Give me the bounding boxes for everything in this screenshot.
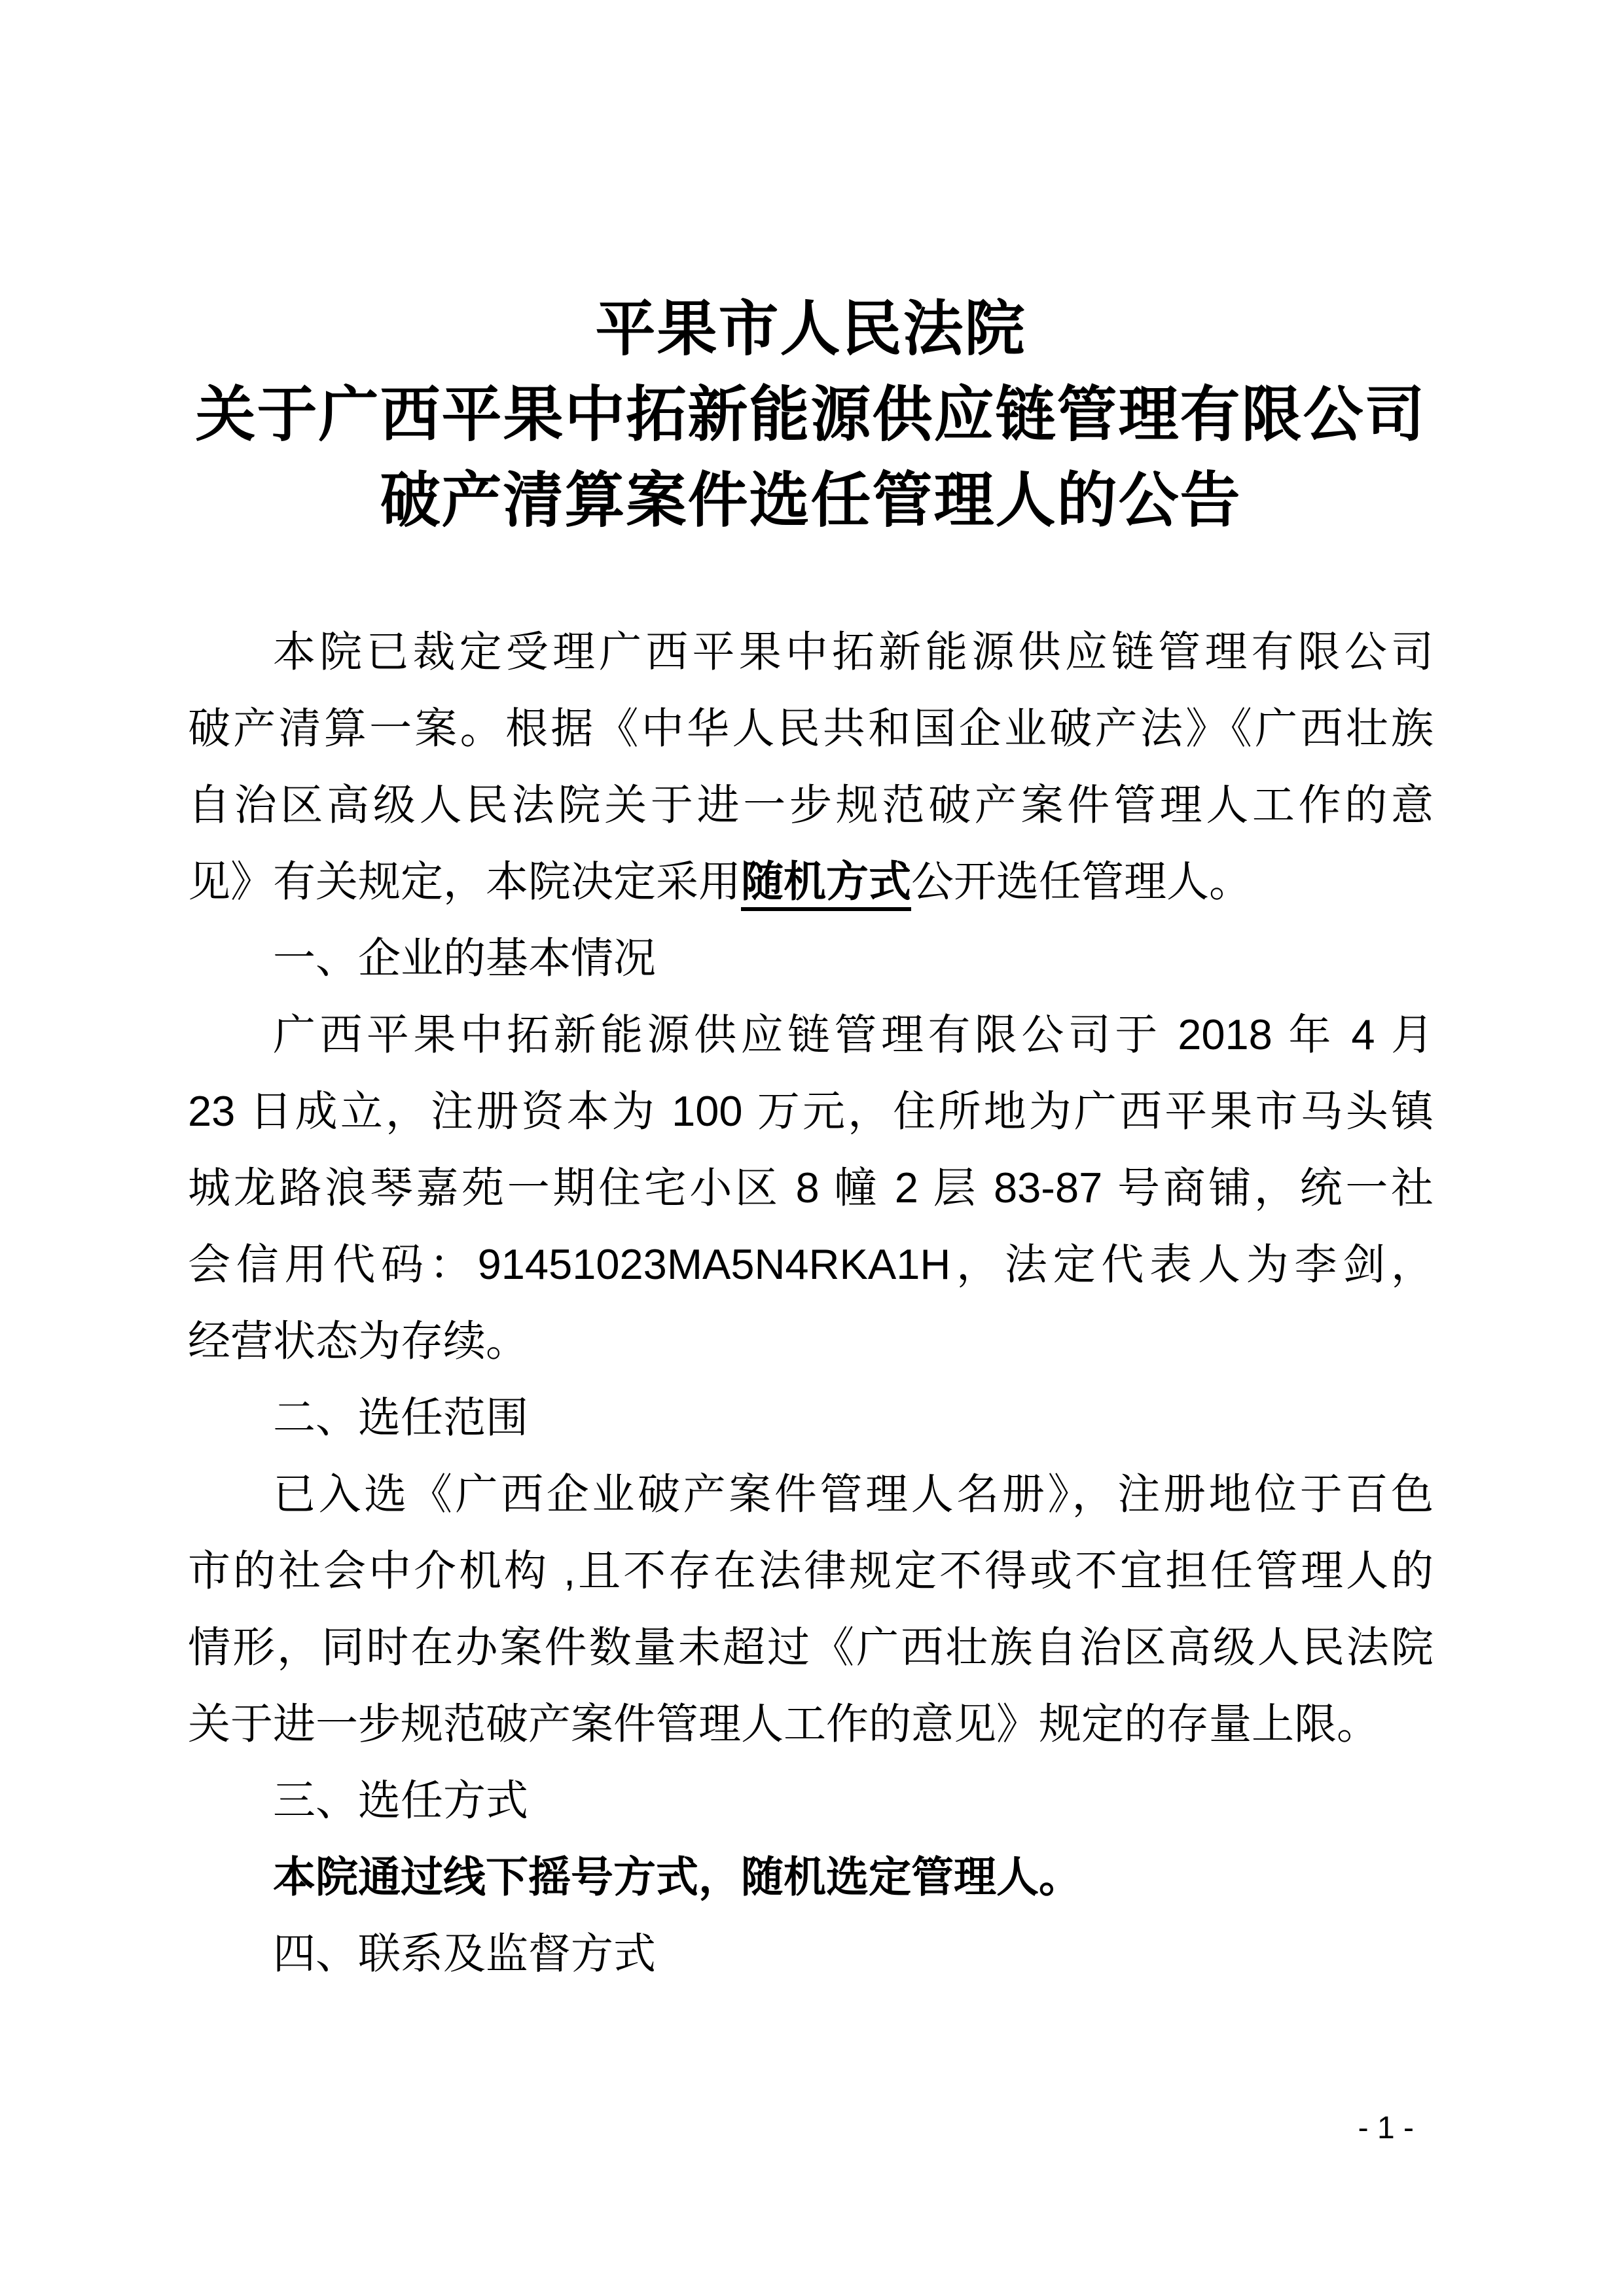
body-text: 破产清算一案。根据《中华人民共和国企业破产法》《广西壮族 xyxy=(188,704,1434,752)
body-text: 经营状态为存续。 xyxy=(188,1317,528,1365)
body-text: 自治区高级人民法院关于进一步规范破产案件管理人工作的意 xyxy=(188,781,1434,829)
title-line-announcement: 破产清算案件选任管理人的公告 xyxy=(188,458,1434,544)
body-line: 城龙路浪琴嘉苑一期住宅小区 8 幢 2 层 83-87 号商铺，统一社 xyxy=(188,1149,1434,1226)
body-text: 二、选任范围 xyxy=(273,1393,528,1441)
body-text: 23 日成立，注册资本为 100 万元，住所地为广西平果市马头镇 xyxy=(188,1087,1434,1135)
body-text: 城龙路浪琴嘉苑一期住宅小区 8 幢 2 层 83-87 号商铺，统一社 xyxy=(188,1164,1434,1211)
body-text: 见》有关规定，本院决定采用 xyxy=(188,857,741,905)
body-text: 已入选《广西企业破产案件管理人名册》，注册地位于百色 xyxy=(273,1470,1434,1518)
body-line: 破产清算一案。根据《中华人民共和国企业破产法》《广西壮族 xyxy=(188,690,1434,766)
body-text: 广西平果中拓新能源供应链管理有限公司于 2018 年 4 月 xyxy=(273,1011,1434,1058)
body-line: 会信用代码：91451023MA5N4RKA1H，法定代表人为李剑， xyxy=(188,1226,1434,1302)
body-text: 公开选任管理人。 xyxy=(911,857,1252,905)
body-line: 本院已裁定受理广西平果中拓新能源供应链管理有限公司 xyxy=(188,613,1434,690)
body-text: 一、企业的基本情况 xyxy=(273,934,656,982)
body-line: 广西平果中拓新能源供应链管理有限公司于 2018 年 4 月 xyxy=(188,996,1434,1073)
body-line: 二、选任范围 xyxy=(188,1379,1434,1456)
body-line: 经营状态为存续。 xyxy=(188,1302,1434,1379)
body-line: 23 日成立，注册资本为 100 万元，住所地为广西平果市马头镇 xyxy=(188,1073,1434,1149)
body-line: 四、联系及监督方式 xyxy=(188,1915,1434,1992)
body-line: 本院通过线下摇号方式，随机选定管理人。 xyxy=(188,1839,1434,1915)
body-text: 关于进一步规范破产案件管理人工作的意见》规定的存量上限。 xyxy=(188,1700,1379,1748)
document-title: 平果市人民法院 关于广西平果中拓新能源供应链管理有限公司 破产清算案件选任管理人… xyxy=(188,0,1434,544)
title-line-court: 平果市人民法院 xyxy=(188,287,1434,372)
body-line: 情形，同时在办案件数量未超过《广西壮族自治区高级人民法院 xyxy=(188,1609,1434,1685)
body-line: 自治区高级人民法院关于进一步规范破产案件管理人工作的意 xyxy=(188,766,1434,843)
document-page: 平果市人民法院 关于广西平果中拓新能源供应链管理有限公司 破产清算案件选任管理人… xyxy=(0,0,1624,2296)
body-lines: 本院已裁定受理广西平果中拓新能源供应链管理有限公司破产清算一案。根据《中华人民共… xyxy=(188,613,1434,1992)
emphasized-text: 本院通过线下摇号方式，随机选定管理人。 xyxy=(273,1853,1081,1901)
body-line: 一、企业的基本情况 xyxy=(188,920,1434,996)
body-text: 三、选任方式 xyxy=(273,1776,528,1824)
body-text: 会信用代码：91451023MA5N4RKA1H，法定代表人为李剑， xyxy=(188,1240,1434,1288)
emphasized-text: 随机方式 xyxy=(741,857,911,911)
title-line-company: 关于广西平果中拓新能源供应链管理有限公司 xyxy=(188,372,1434,458)
body-line: 见》有关规定，本院决定采用随机方式公开选任管理人。 xyxy=(188,843,1434,920)
body-line: 已入选《广西企业破产案件管理人名册》，注册地位于百色 xyxy=(188,1456,1434,1532)
body-text: 本院已裁定受理广西平果中拓新能源供应链管理有限公司 xyxy=(273,628,1434,675)
body-text: 市的社会中介机构 ,且不存在法律规定不得或不宜担任管理人的 xyxy=(188,1547,1434,1594)
body-text: 情形，同时在办案件数量未超过《广西壮族自治区高级人民法院 xyxy=(188,1623,1434,1671)
body-line: 市的社会中介机构 ,且不存在法律规定不得或不宜担任管理人的 xyxy=(188,1532,1434,1609)
body-line: 三、选任方式 xyxy=(188,1762,1434,1839)
page-number: - 1 - xyxy=(1358,2110,1414,2147)
body-line: 关于进一步规范破产案件管理人工作的意见》规定的存量上限。 xyxy=(188,1685,1434,1762)
body-text: 四、联系及监督方式 xyxy=(273,1929,656,1977)
